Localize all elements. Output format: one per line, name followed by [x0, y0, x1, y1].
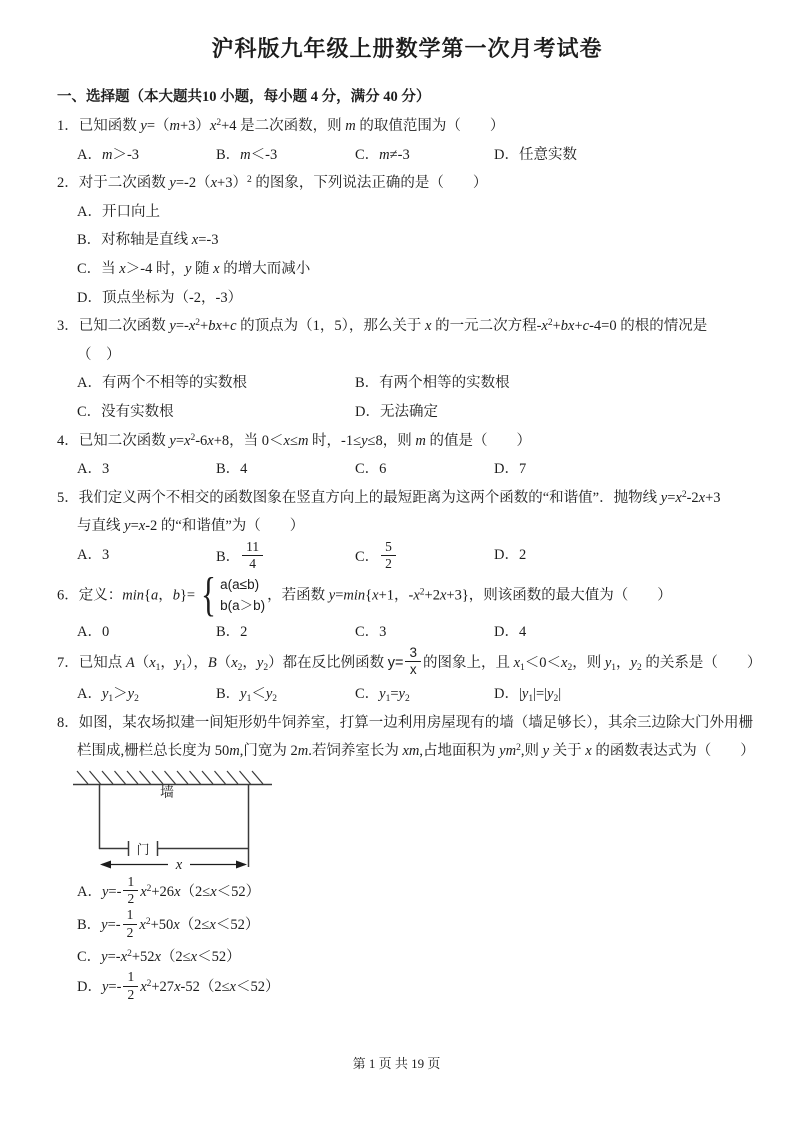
question-4-option-B: B．4: [216, 455, 355, 484]
question-3-options: A．有两个不相等的实数根B．有两个相等的实数根C．没有实数根D．无法确定: [57, 369, 757, 426]
question-6-option-A: A．0: [77, 618, 216, 647]
question-5-stem-cont: 与直线 y=x-2 的“和谐值”为（ ）: [57, 512, 757, 541]
question-list: 1．已知函数 y=（m+3）x2+4 是二次函数，则 m 的取值范围为（ ）A．…: [57, 112, 757, 1005]
question-8-option-B: B．y=-12x2+50x（2≤x＜52）: [77, 909, 757, 942]
door-label: 门: [136, 842, 149, 857]
question-1-options: A．m＞-3B．m＜-3C．m≠-3D．任意实数: [57, 141, 757, 170]
question-5-option-D: D．2: [494, 541, 757, 574]
question-1: 1．已知函数 y=（m+3）x2+4 是二次函数，则 m 的取值范围为（ ）A．…: [57, 112, 757, 169]
farm-pen-figure: 墙 门 x: [60, 770, 300, 870]
question-8: 8．如图，某农场拟建一间矩形奶牛饲养室，打算一边利用房屋现有的墙（墙足够长），其…: [57, 709, 757, 1005]
question-1-option-B: B．m＜-3: [216, 141, 355, 170]
wall-hatching: [77, 771, 263, 784]
question-2-option-A: A．开口向上: [77, 198, 757, 227]
fraction: 12: [123, 907, 138, 940]
page-footer: 第 1 页 共 19 页: [0, 1056, 793, 1072]
question-4-option-D: D．7: [494, 455, 757, 484]
question-2-options: A．开口向上B．对称轴是直线 x=-3C．当 x＞-4 时，y 随 x 的增大而…: [57, 198, 757, 312]
fraction: 52: [381, 539, 396, 572]
question-1-option-A: A．m＞-3: [77, 141, 216, 170]
question-5-options: A．3B．114C．52D．2: [57, 541, 757, 574]
page-title: 沪科版九年级上册数学第一次月考试卷: [57, 32, 757, 66]
question-4: 4．已知二次函数 y=x2-6x+8，当 0＜x≤m 时，-1≤y≤8，则 m …: [57, 427, 757, 484]
question-4-option-A: A．3: [77, 455, 216, 484]
question-7-option-A: A．y1＞y2: [77, 680, 216, 709]
question-2-option-C: C．当 x＞-4 时，y 随 x 的增大而减小: [77, 255, 757, 284]
question-8-option-C: C．y=-x2+52x（2≤x＜52）: [77, 943, 757, 972]
question-8-options: A．y=-12x2+26x（2≤x＜52）B．y=-12x2+50x（2≤x＜5…: [57, 876, 757, 1005]
question-3-option-C: C．没有实数根: [77, 398, 355, 427]
question-3: 3．已知二次函数 y=-x2+bx+c 的顶点为（1，5），那么关于 x 的一元…: [57, 312, 757, 426]
question-6-stem: 6．定义：min{a，b}={a(a≤b)b(a＞b)，若函数 y=min{x+…: [57, 574, 757, 618]
question-5: 5．我们定义两个不相交的函数图象在竖直方向上的最短距离为这两个函数的“和谐值”．…: [57, 484, 757, 575]
question-8-stem: 8．如图，某农场拟建一间矩形奶牛饲养室，打算一边利用房屋现有的墙（墙足够长），其…: [57, 709, 757, 738]
question-4-option-C: C．6: [355, 455, 494, 484]
question-5-option-C: C．52: [355, 541, 494, 574]
question-4-stem: 4．已知二次函数 y=x2-6x+8，当 0＜x≤m 时，-1≤y≤8，则 m …: [57, 427, 757, 456]
fraction: 114: [242, 539, 263, 572]
question-5-option-A: A．3: [77, 541, 216, 574]
question-1-stem: 1．已知函数 y=（m+3）x2+4 是二次函数，则 m 的取值范围为（ ）: [57, 112, 757, 141]
question-7-option-B: B．y1＜y2: [216, 680, 355, 709]
question-6-options: A．0B．2C．3D．4: [57, 618, 757, 647]
piecewise-cases: {a(a≤b)b(a＞b): [197, 573, 265, 617]
question-8-stem-cont: 栏围成,栅栏总长度为 50m,门宽为 2m.若饲养室长为 xm,占地面积为 ym…: [57, 737, 757, 766]
x-dim-label: x: [175, 857, 183, 870]
question-2: 2．对于二次函数 y=-2（x+3）2 的图象，下列说法正确的是（ ）A．开口向…: [57, 169, 757, 312]
question-4-options: A．3B．4C．6D．7: [57, 455, 757, 484]
question-8-option-A: A．y=-12x2+26x（2≤x＜52）: [77, 876, 757, 909]
question-3-option-D: D．无法确定: [355, 398, 757, 427]
question-3-option-B: B．有两个相等的实数根: [355, 369, 633, 398]
question-7-stem: 7．已知点 A（x1，y1），B（x2，y2）都在反比例函数 y=3x的图象上，…: [57, 647, 757, 680]
question-2-option-B: B．对称轴是直线 x=-3: [77, 226, 757, 255]
question-7-options: A．y1＞y2B．y1＜y2C．y1=y2D．|y1|=|y2|: [57, 680, 757, 709]
section-heading: 一、选择题（本大题共10 小题，每小题 4 分，满分 40 分）: [57, 86, 757, 108]
question-1-option-C: C．m≠-3: [355, 141, 494, 170]
question-3-option-A: A．有两个不相等的实数根: [77, 369, 355, 398]
question-8-option-D: D．y=-12x2+27x-52（2≤x＜52）: [77, 971, 757, 1004]
question-5-option-B: B．114: [216, 541, 355, 574]
question-2-option-D: D．顶点坐标为（-2，-3）: [77, 284, 757, 313]
question-6: 6．定义：min{a，b}={a(a≤b)b(a＞b)，若函数 y=min{x+…: [57, 574, 757, 647]
question-7: 7．已知点 A（x1，y1），B（x2，y2）都在反比例函数 y=3x的图象上，…: [57, 647, 757, 709]
left-brace-glyph: {: [201, 573, 216, 617]
question-6-option-C: C．3: [355, 618, 494, 647]
question-6-option-D: D．4: [494, 618, 757, 647]
question-3-stem: 3．已知二次函数 y=-x2+bx+c 的顶点为（1，5），那么关于 x 的一元…: [57, 312, 757, 341]
exam-page: 沪科版九年级上册数学第一次月考试卷 一、选择题（本大题共10 小题，每小题 4 …: [0, 0, 793, 1122]
fraction: 3x: [405, 645, 421, 678]
fraction: 12: [123, 969, 138, 1002]
fraction: 12: [123, 874, 138, 907]
question-7-option-D: D．|y1|=|y2|: [494, 680, 757, 709]
question-2-stem: 2．对于二次函数 y=-2（x+3）2 的图象，下列说法正确的是（ ）: [57, 169, 757, 198]
question-6-option-B: B．2: [216, 618, 355, 647]
question-3-stem-cont: （ ）: [57, 341, 757, 370]
wall-label: 墙: [160, 784, 174, 801]
question-1-option-D: D．任意实数: [494, 141, 757, 170]
question-5-stem: 5．我们定义两个不相交的函数图象在竖直方向上的最短距离为这两个函数的“和谐值”．…: [57, 484, 757, 513]
question-7-option-C: C．y1=y2: [355, 680, 494, 709]
